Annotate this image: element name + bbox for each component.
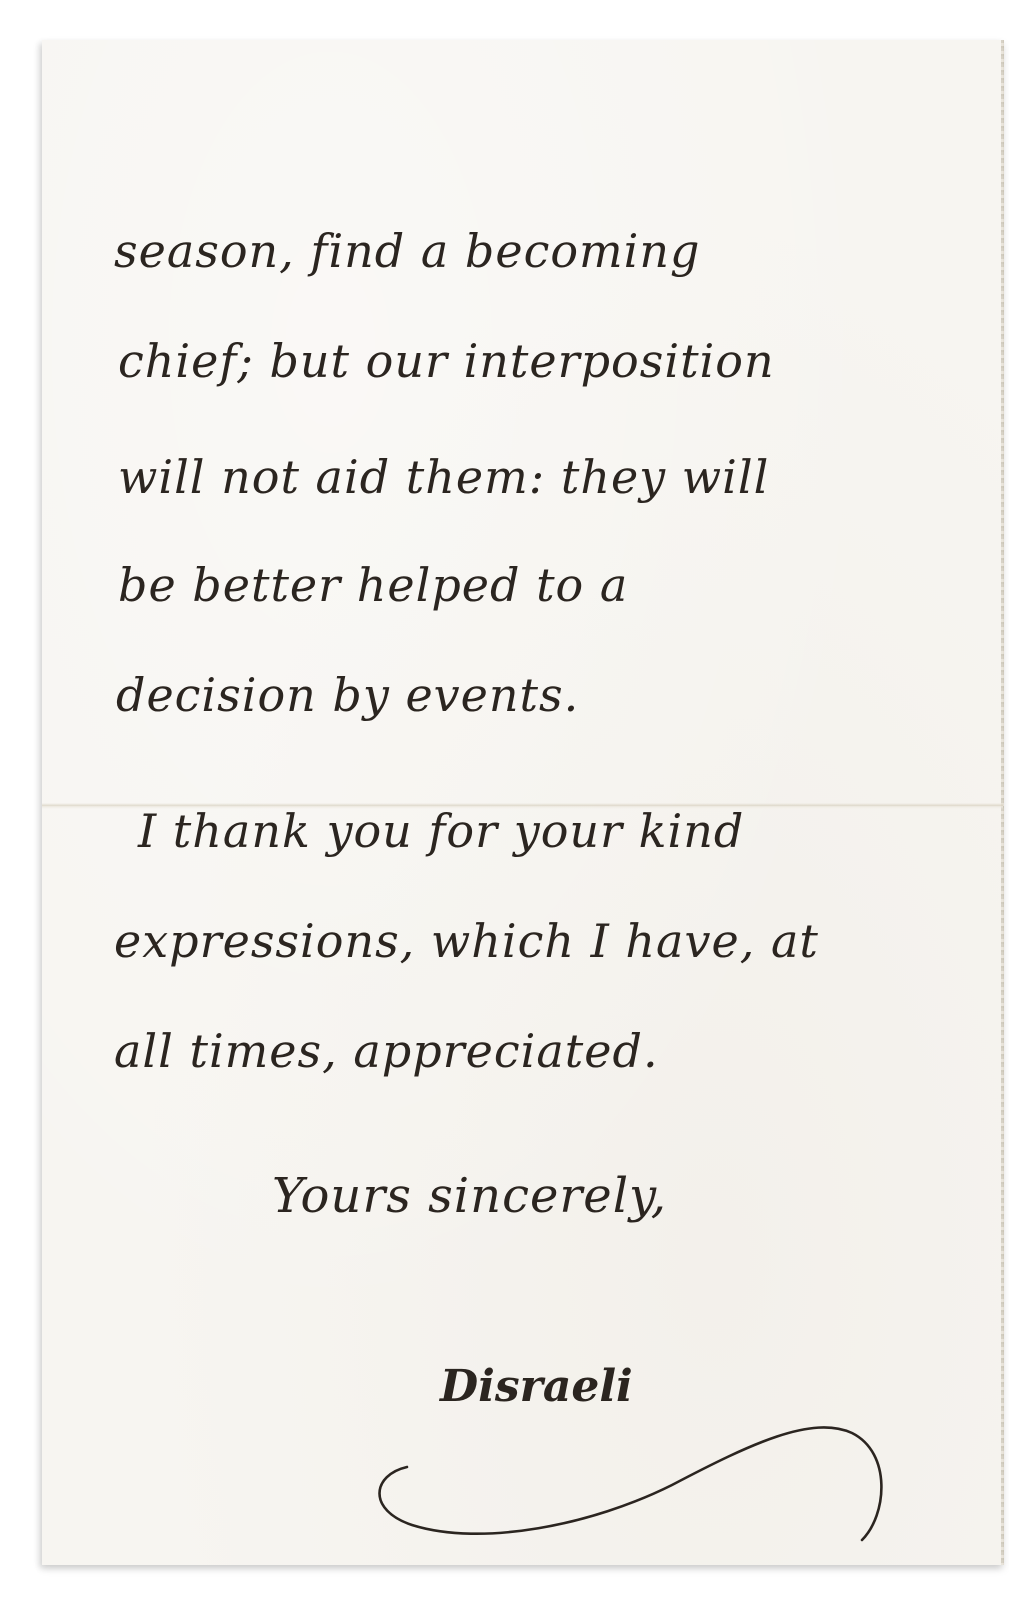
letter-line-3: will not aid them: they will [118, 454, 769, 500]
letter-line-4: be better helped to a [118, 562, 628, 608]
signature-flourish [372, 1335, 932, 1545]
letter-line-7: expressions, which I have, at [114, 918, 819, 964]
letter-page: season, find a becoming chief; but our i… [42, 40, 1004, 1565]
letter-line-8: all times, appreciated. [114, 1028, 659, 1074]
letter-line-2: chief; but our interposition [118, 338, 775, 384]
letter-line-5: decision by events. [116, 672, 579, 718]
letter-line-1: season, find a becoming [114, 228, 700, 274]
letter-closing: Yours sincerely, [272, 1172, 667, 1220]
letter-line-6: I thank you for your kind [138, 808, 744, 854]
